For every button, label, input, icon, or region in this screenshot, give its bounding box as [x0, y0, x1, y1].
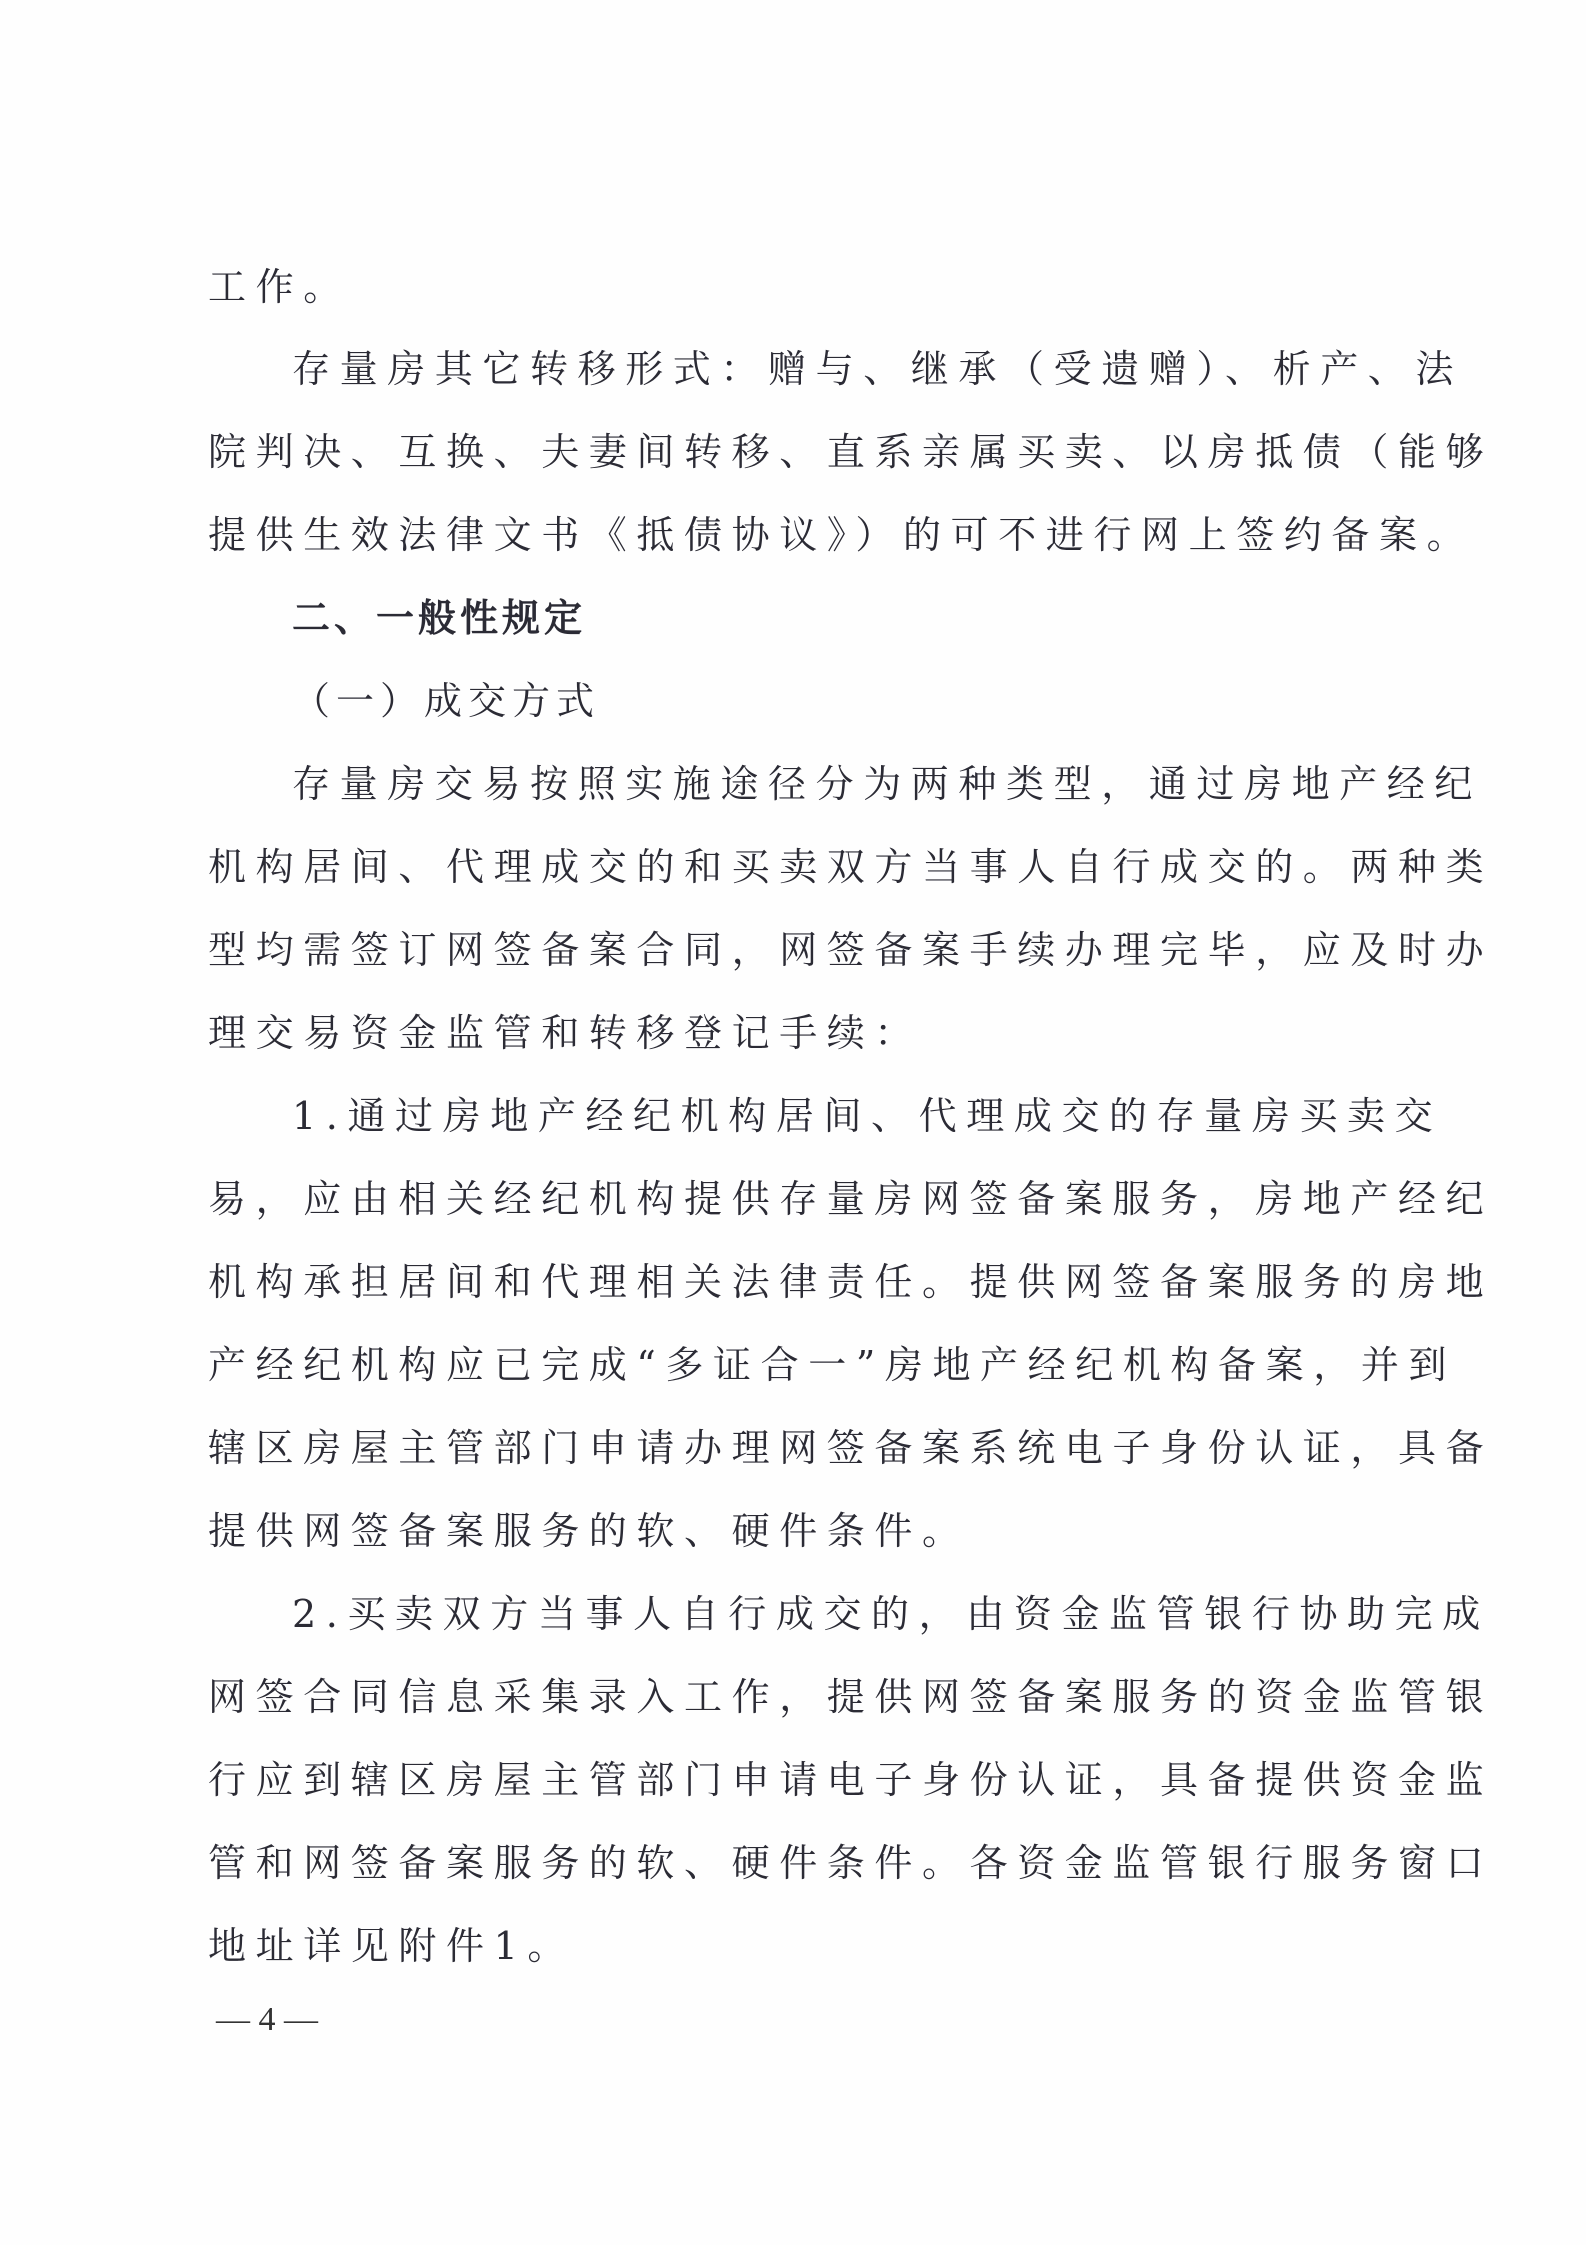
text-line: 提供网签备案服务的软、硬件条件。 [208, 1512, 970, 1550]
document-page: 工作。 存量房其它转移形式：赠与、继承（受遗赠）、析产、法 院判决、互换、夫妻间… [0, 0, 1586, 2245]
subsection-heading: （一）成交方式 [292, 682, 600, 720]
text-line: 型均需签订网签备案合同，网签备案手续办理完毕，应及时办 [208, 931, 1493, 969]
text-line: 易，应由相关经纪机构提供存量房网签备案服务，房地产经纪 [208, 1180, 1493, 1218]
text-line: 管和网签备案服务的软、硬件条件。各资金监管银行服务窗口 [208, 1844, 1493, 1882]
text-line: 行应到辖区房屋主管部门申请电子身份认证，具备提供资金监 [208, 1761, 1493, 1799]
text-line: 提供生效法律文书《抵债协议》）的可不进行网上签约备案。 [208, 516, 1474, 554]
text-line: 院判决、互换、夫妻间转移、直系亲属买卖、以房抵债（能够 [208, 433, 1493, 471]
text-line: 机构居间、代理成交的和买卖双方当事人自行成交的。两种类 [208, 848, 1493, 886]
list-item-1: 1.通过房地产经纪机构居间、代理成交的存量房买卖交 [292, 1097, 1442, 1135]
text-line: 辖区房屋主管部门申请办理网签备案系统电子身份认证，具备 [208, 1429, 1493, 1467]
text-line: 机构承担居间和代理相关法律责任。提供网签备案服务的房地 [208, 1263, 1493, 1301]
text-line: 理交易资金监管和转移登记手续： [208, 1014, 922, 1052]
text-line: 产经纪机构应已完成“多证合一”房地产经纪机构备案，并到 [208, 1346, 1456, 1384]
section-heading: 二、一般性规定 [292, 599, 586, 637]
list-item-2: 2.买卖双方当事人自行成交的，由资金监管银行协助完成 [292, 1595, 1490, 1633]
paragraph-transaction-types: 存量房交易按照实施途径分为两种类型，通过房地产经纪 [292, 765, 1482, 803]
text-line: 网签合同信息采集录入工作，提供网签备案服务的资金监管银 [208, 1678, 1493, 1716]
text-line: 工作。 [208, 268, 351, 306]
text-line: 地址详见附件1。 [208, 1927, 575, 1965]
paragraph-other-transfer-forms: 存量房其它转移形式：赠与、继承（受遗赠）、析产、法 [292, 350, 1463, 388]
page-number: — 4 — [216, 2001, 318, 2039]
